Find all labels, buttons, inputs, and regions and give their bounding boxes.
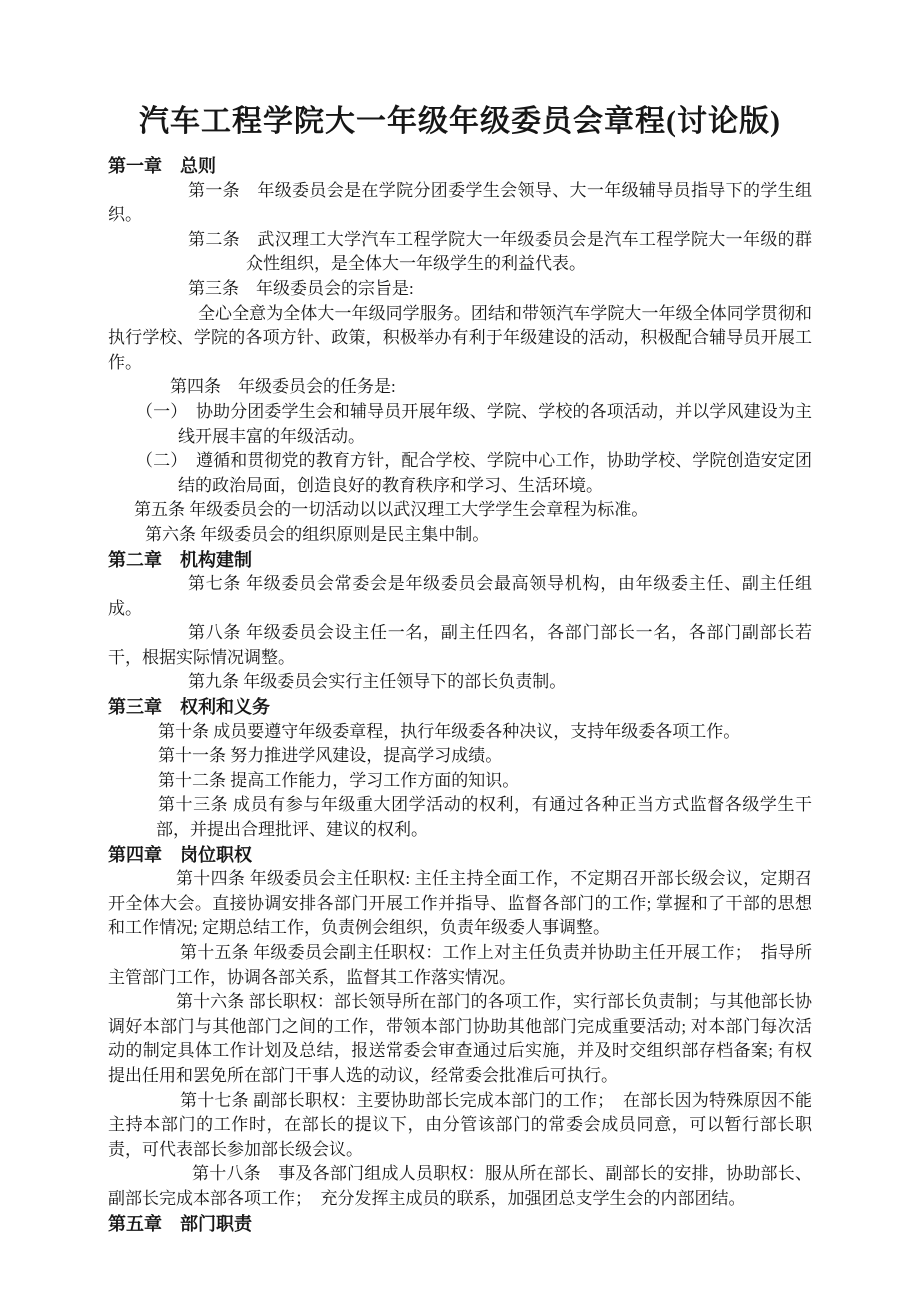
document-paragraph: 第一条 年级委员会是在学院分团委学生会领导、大一年级辅导员指导下的学生组织。 — [108, 179, 812, 228]
document-paragraph: 第六条 年级委员会的组织原则是民主集中制。 — [108, 523, 812, 548]
document-paragraph: 第十六条 部长职权：部长领导所在部门的各项工作，实行部长负责制；与其他部长协调好… — [108, 990, 812, 1088]
document-title: 汽车工程学院大一年级年级委员会章程(讨论版) — [108, 100, 812, 144]
document-paragraph: 第十七条 副部长职权：主要协助部长完成本部门的工作； 在部长因为特殊原因不能主持… — [108, 1089, 812, 1163]
chapter-heading: 第二章 机构建制 — [108, 548, 812, 573]
document-body: 第一章 总则第一条 年级委员会是在学院分团委学生会领导、大一年级辅导员指导下的学… — [108, 154, 812, 1236]
document-paragraph: 第九条 年级委员会实行主任领导下的部长负责制。 — [108, 670, 812, 695]
document-paragraph: 第四条 年级委员会的任务是: — [108, 375, 812, 400]
document-paragraph: 第十四条 年级委员会主任职权: 主任主持全面工作，不定期召开部长级会议，定期召开… — [108, 867, 812, 941]
document-page: 汽车工程学院大一年级年级委员会章程(讨论版) 第一章 总则第一条 年级委员会是在… — [0, 0, 920, 1302]
document-paragraph: 第十条 成员要遵守年级委章程，执行年级委各种决议，支持年级委各项工作。 — [108, 720, 812, 745]
document-paragraph: 第十八条 事及各部门组成人员职权：服从所在部长、副部长的安排，协助部长、副部长完… — [108, 1162, 812, 1211]
document-paragraph: 全心全意为全体大一年级同学服务。团结和带领汽车学院大一年级全体同学贯彻和执行学校… — [108, 302, 812, 376]
document-paragraph: （二） 遵循和贯彻党的教育方针，配合学校、学院中心工作，协助学校、学院创造安定团… — [108, 449, 812, 498]
document-paragraph: 第八条 年级委员会设主任一名，副主任四名，各部门部长一名，各部门副部长若干，根据… — [108, 621, 812, 670]
document-paragraph: 第十二条 提高工作能力，学习工作方面的知识。 — [108, 769, 812, 794]
chapter-heading: 第五章 部门职责 — [108, 1212, 812, 1237]
chapter-heading: 第三章 权利和义务 — [108, 695, 812, 720]
chapter-heading: 第一章 总则 — [108, 154, 812, 179]
document-paragraph: 第二条 武汉理工大学汽车工程学院大一年级委员会是汽车工程学院大一年级的群众性组织… — [108, 228, 812, 277]
document-paragraph: 第七条 年级委员会常委会是年级委员会最高领导机构，由年级委主任、副主任组成。 — [108, 572, 812, 621]
document-paragraph: 第十一条 努力推进学风建设，提高学习成绩。 — [108, 744, 812, 769]
document-paragraph: 第三条 年级委员会的宗旨是: — [108, 277, 812, 302]
document-paragraph: 第十五条 年级委员会副主任职权：工作上对主任负责并协助主任开展工作； 指导所主管… — [108, 941, 812, 990]
document-paragraph: （一） 协助分团委学生会和辅导员开展年级、学院、学校的各项活动，并以学风建设为主… — [108, 400, 812, 449]
document-paragraph: 第五条 年级委员会的一切活动以以武汉理工大学学生会章程为标准。 — [108, 498, 812, 523]
document-paragraph: 第十三条 成员有参与年级重大团学活动的权利，有通过各种正当方式监督各级学生干部，… — [108, 793, 812, 842]
chapter-heading: 第四章 岗位职权 — [108, 843, 812, 868]
